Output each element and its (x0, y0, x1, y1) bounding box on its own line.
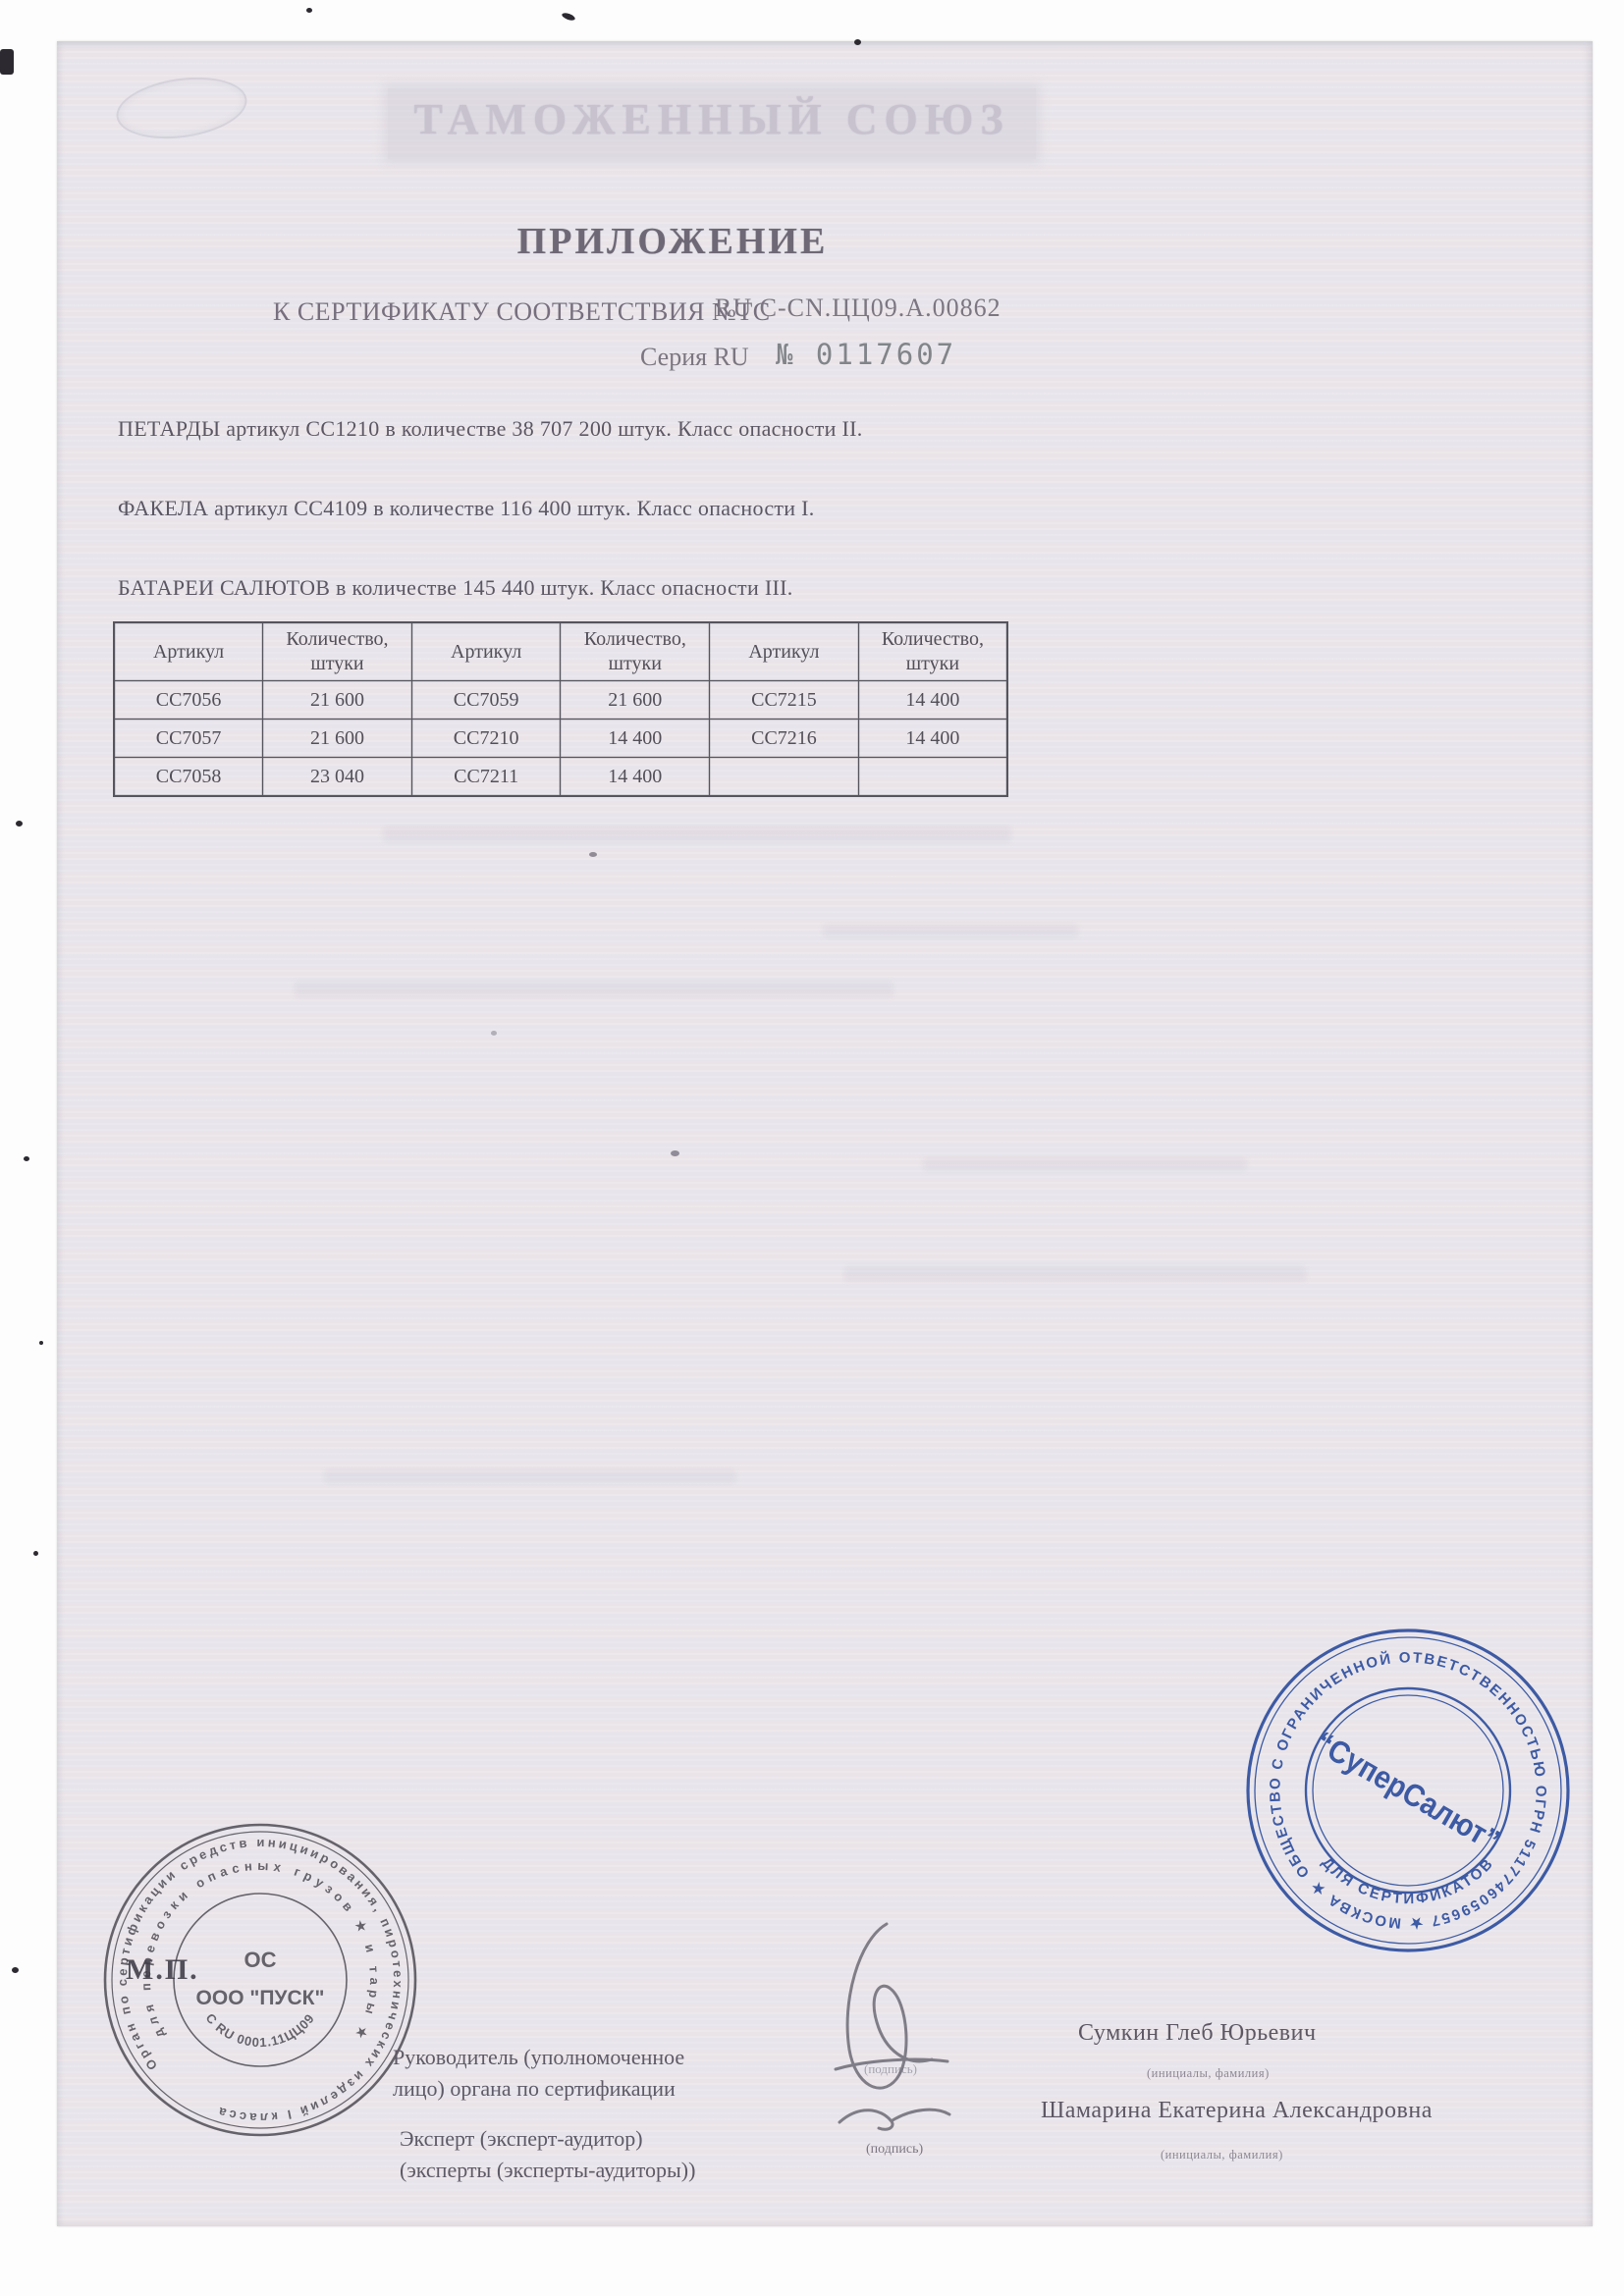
header-quantity: Количество, штуки (263, 622, 412, 681)
ghost-text-smudge (823, 925, 1078, 937)
ghost-text-smudge (324, 1470, 736, 1483)
scan-speck (24, 1156, 29, 1161)
customs-union-banner: ТАМОЖЕННЫЙ СОЮЗ (388, 94, 1036, 144)
company-round-stamp: ОБЩЕСТВО С ОГРАНИЧЕННОЙ ОТВЕТСТВЕННОСТЬЮ… (1239, 1622, 1577, 1959)
cell-quantity: 14 400 (858, 720, 1007, 758)
scan-speck (39, 1341, 43, 1345)
scan-speck (491, 1031, 497, 1036)
series-label: Серия RU (640, 343, 749, 372)
ghost-text-smudge (383, 827, 1011, 842)
certificate-number: RU C-CN.ЦЦ09.А.00862 (715, 294, 1001, 323)
cell-article (710, 758, 859, 797)
scanned-certificate-page: ТАМОЖЕННЫЙ СОЮЗ ПРИЛОЖЕНИЕ К СЕРТИФИКАТУ… (0, 0, 1624, 2296)
role-expert-line2: (эксперты (эксперты-аудиторы)) (400, 2158, 695, 2183)
name-caption: (инициалы, фамилия) (1161, 2148, 1283, 2163)
scan-speck (589, 852, 597, 857)
ghost-text-smudge (295, 982, 893, 996)
mp-seal-place-label: М.П. (126, 1953, 199, 1987)
cell-article: СС7057 (114, 720, 263, 758)
table-header-row: Артикул Количество, штуки Артикул Количе… (114, 622, 1007, 681)
cell-quantity: 21 600 (561, 681, 710, 720)
header-article: Артикул (114, 622, 263, 681)
expert-name: Шамарина Екатерина Александровна (1041, 2098, 1433, 2124)
scan-speck (0, 49, 14, 75)
cell-article: СС7215 (710, 681, 859, 720)
paragraph-batarei: БАТАРЕИ САЛЮТОВ в количестве 145 440 шту… (118, 575, 793, 601)
scan-speck (854, 39, 861, 45)
articles-table: Артикул Количество, штуки Артикул Количе… (113, 621, 1008, 797)
cell-quantity: 21 600 (263, 681, 412, 720)
ghost-text-smudge (844, 1266, 1306, 1281)
cell-article: СС7211 (411, 758, 561, 797)
scan-speck (33, 1551, 38, 1556)
svg-text:С RU 0001.11ЦЦ09: С RU 0001.11ЦЦ09 (203, 2010, 318, 2050)
header-article: Артикул (710, 622, 859, 681)
scan-speck (671, 1150, 679, 1156)
handwritten-signature (830, 1912, 967, 2143)
cell-article: СС7059 (411, 681, 561, 720)
scan-speck (306, 8, 312, 13)
scan-speck (12, 1967, 19, 1973)
name-caption: (инициалы, фамилия) (1147, 2066, 1270, 2081)
stamp-center-line1: ОС (244, 1948, 277, 1972)
head-name: Сумкин Глеб Юрьевич (1078, 2020, 1317, 2047)
table-row: СС7057 21 600 СС7210 14 400 СС7216 14 40… (114, 720, 1007, 758)
role-head-line1: Руководитель (уполномоченное (393, 2045, 684, 2070)
stamp-inner-arc-text: С RU 0001.11ЦЦ09 (203, 2010, 318, 2050)
table-row: СС7056 21 600 СС7059 21 600 СС7215 14 40… (114, 681, 1007, 720)
table-row: СС7058 23 040 СС7211 14 400 (114, 758, 1007, 797)
cell-quantity (858, 758, 1007, 797)
stamp-center-text: “СуперСалют” (1310, 1725, 1506, 1858)
role-head-line2: лицо) органа по сертификации (393, 2076, 676, 2102)
header-quantity: Количество, штуки (858, 622, 1007, 681)
header-quantity: Количество, штуки (561, 622, 710, 681)
ghost-text-smudge (923, 1158, 1247, 1171)
cell-quantity: 21 600 (263, 720, 412, 758)
signature-caption: (подпись) (864, 2061, 917, 2077)
certificate-subtitle: К СЕРТИФИКАТУ СООТВЕТСТВИЯ №ТС (273, 297, 771, 327)
scan-speck (561, 12, 575, 22)
stamp-center-line2: ООО "ПУСК" (196, 1987, 325, 2009)
paragraph-fakela: ФАКЕЛА артикул СС4109 в количестве 116 4… (118, 496, 815, 521)
cell-article: СС7210 (411, 720, 561, 758)
cell-quantity: 14 400 (858, 681, 1007, 720)
paragraph-petardy: ПЕТАРДЫ артикул СС1210 в количестве 38 7… (118, 416, 863, 442)
cell-article: СС7058 (114, 758, 263, 797)
header-article: Артикул (411, 622, 561, 681)
cell-quantity: 23 040 (263, 758, 412, 797)
page-title: ПРИЛОЖЕНИЕ (447, 220, 898, 263)
signature-caption: (подпись) (866, 2142, 923, 2158)
role-expert-line1: Эксперт (эксперт-аудитор) (400, 2126, 643, 2152)
scan-speck (16, 821, 23, 827)
series-number: № 0117607 (776, 338, 956, 371)
cell-article: СС7056 (114, 681, 263, 720)
cell-quantity: 14 400 (561, 720, 710, 758)
cell-article: СС7216 (710, 720, 859, 758)
cell-quantity: 14 400 (561, 758, 710, 797)
